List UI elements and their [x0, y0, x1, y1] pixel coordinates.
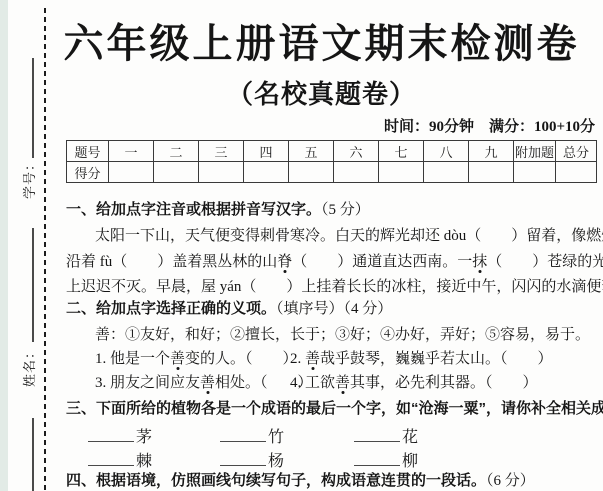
section1-heading: 一、给加点字注音或根据拼音写汉字。（5 分）: [66, 198, 599, 219]
text-segment: 2.: [290, 351, 305, 367]
student-id-label: 学号：: [19, 159, 33, 199]
text-segment: 4. 工欲: [290, 375, 335, 391]
score-cell-empty: [109, 162, 154, 183]
idiom-blank-item: 花: [354, 424, 418, 447]
student-id-blank-line: [32, 58, 34, 158]
section1-paragraph-line2: 沿着 fù（ ）盖着黑丛林的山脊（ ）通道直达西南。一抹（ ）苍绿的光亮在地平线: [66, 250, 599, 271]
score-table-header-cell: 附加题: [514, 141, 556, 162]
score-table-header-cell: 八: [424, 141, 469, 162]
time-and-full-score: 时间：90分钟 满分：100+10分: [66, 115, 595, 136]
section2-items-row1: 1. 他是一个善变的人。（ ） 2. 善哉乎鼓琴，巍巍乎若太山。（ ）: [66, 347, 599, 367]
emphasized-char: 善: [335, 375, 350, 391]
section3-heading-text: 三、下面所给的植物各是一个成语的最后一个字，如“沧海一粟”，请你补全相关成语。: [66, 400, 603, 417]
score-table-header-cell: 七: [379, 141, 424, 162]
score-cell-empty: [289, 162, 334, 183]
section4-heading-text: 四、根据语境，仿照画线句续写句子，构成语意连贯的一段话。: [66, 472, 486, 489]
text-segment: （ ）苍绿的光亮在地平线: [487, 254, 603, 270]
text-segment: 其事，必先利其器。（ ）: [350, 375, 538, 391]
section4-score: （6 分）: [486, 473, 535, 489]
answer-blank: [354, 453, 400, 466]
exam-title: 六年级上册语文期末检测卷: [60, 12, 583, 69]
section3-blanks-row1: 茅 竹 花: [66, 424, 599, 444]
idiom-blank-item: 茅: [88, 424, 152, 447]
answer-blank: [88, 453, 134, 466]
section2-items-row2: 3. 朋友之间应友善相处。（ ） 4. 工欲善其事，必先利其器。（ ）: [66, 371, 599, 391]
exam-paper-page: 学号： 姓名： 六年级上册语文期末检测卷 （名校真题卷） 时间：90分钟 满分：…: [0, 0, 603, 491]
name-blank-line: [32, 228, 34, 342]
section4-heading: 四、根据语境，仿照画线句续写句子，构成语意连贯的一段话。（6 分）: [66, 469, 599, 490]
score-cell-empty: [556, 162, 597, 183]
score-table-header-cell: 四: [244, 141, 289, 162]
exam-subtitle: （名校真题卷）: [60, 74, 583, 111]
score-cell-empty: [244, 162, 289, 183]
section3-heading: 三、下面所给的植物各是一个成语的最后一个字，如“沧海一粟”，请你补全相关成语。（…: [66, 397, 599, 418]
section2-heading: 二、给加点字选择正确的义项。（填序号）（4 分）: [66, 297, 599, 318]
score-table-header-cell: 一: [109, 141, 154, 162]
section2-heading-text: 二、给加点字选择正确的义项。: [66, 300, 276, 317]
scan-edge-strip: [0, 0, 8, 491]
emphasized-char: 善: [170, 351, 185, 367]
score-cell-empty: [379, 162, 424, 183]
emphasized-char: 脊: [277, 254, 292, 270]
answer-blank: [88, 429, 134, 442]
plant-char: 杨: [268, 453, 284, 470]
score-cell-empty: [199, 162, 244, 183]
section1-paragraph-line1: 太阳一下山，天气便变得刺骨寒冷。白天的辉光却还 dòu（ ）留着，像燃烧着的残焰…: [66, 224, 599, 245]
plant-char: 棘: [136, 453, 152, 470]
text-segment: 哉乎鼓琴，巍巍乎若太山。（ ）: [320, 351, 553, 367]
text-segment: 变的人。（ ）: [185, 351, 298, 367]
section1-paragraph-line3: 上迟迟不灭。早晨，屋 yán（ ）上挂着长长的冰柱，接近中午，闪闪的水滴便落下来…: [66, 275, 599, 296]
score-table-header-cell: 五: [289, 141, 334, 162]
score-cell-empty: [514, 162, 556, 183]
score-cell-empty: [424, 162, 469, 183]
score-table-header-cell: 总分: [556, 141, 597, 162]
score-table-header-cell: 二: [154, 141, 199, 162]
plant-char: 花: [402, 429, 418, 446]
section2-definition-line: 善：①友好，和好；②擅长，长于；③好；④办好，弄好；⑤容易，易于。: [66, 323, 599, 344]
score-table-header-cell: 九: [469, 141, 514, 162]
score-table: 题号 一 二 三 四 五 六 七 八 九 附加题 总分 得分: [66, 140, 597, 183]
score-table-header-cell: 题号: [67, 141, 109, 162]
score-table-header-cell: 三: [199, 141, 244, 162]
section2-item1: 1. 他是一个善变的人。（ ）: [95, 347, 298, 368]
plant-char: 茅: [136, 429, 152, 446]
emphasized-char: 善: [200, 375, 215, 391]
section2-item4: 4. 工欲善其事，必先利其器。（ ）: [290, 371, 538, 392]
section1-score: （5 分）: [321, 202, 370, 218]
score-row-label: 得分: [67, 162, 109, 183]
lower-blank-line: [32, 418, 34, 491]
idiom-blank-item: 竹: [220, 424, 284, 447]
score-table-score-row: 得分: [67, 162, 597, 183]
emphasized-char: 善: [305, 351, 320, 367]
idiom-blank-item: 棘: [88, 448, 152, 471]
name-label: 姓名：: [19, 347, 33, 387]
answer-blank: [220, 453, 266, 466]
text-segment: 沿着 fù（ ）盖着黑丛林的山: [66, 254, 277, 270]
score-table-header-row: 题号 一 二 三 四 五 六 七 八 九 附加题 总分: [67, 141, 597, 162]
score-cell-empty: [154, 162, 199, 183]
plant-char: 竹: [268, 429, 284, 446]
section2-item2: 2. 善哉乎鼓琴，巍巍乎若太山。（ ）: [290, 347, 553, 368]
section3-blanks-row2: 棘 杨 柳: [66, 448, 599, 468]
answer-blank: [220, 429, 266, 442]
answer-blank: [354, 429, 400, 442]
idiom-blank-item: 杨: [220, 448, 284, 471]
section2-item3: 3. 朋友之间应友善相处。（ ）: [95, 371, 313, 392]
idiom-blank-item: 柳: [354, 448, 418, 471]
text-segment: 3. 朋友之间应友: [95, 375, 200, 391]
emphasized-char: 抹: [472, 254, 487, 270]
score-cell-empty: [469, 162, 514, 183]
section2-score: （填序号）（4 分）: [276, 301, 392, 317]
score-cell-empty: [334, 162, 379, 183]
plant-char: 柳: [402, 453, 418, 470]
text-segment: 1. 他是一个: [95, 351, 170, 367]
score-table-header-cell: 六: [334, 141, 379, 162]
dashed-binding-line: [44, 8, 46, 491]
section1-heading-text: 一、给加点字注音或根据拼音写汉字。: [66, 201, 321, 218]
text-segment: （ ）通道直达西南。一: [292, 254, 472, 270]
